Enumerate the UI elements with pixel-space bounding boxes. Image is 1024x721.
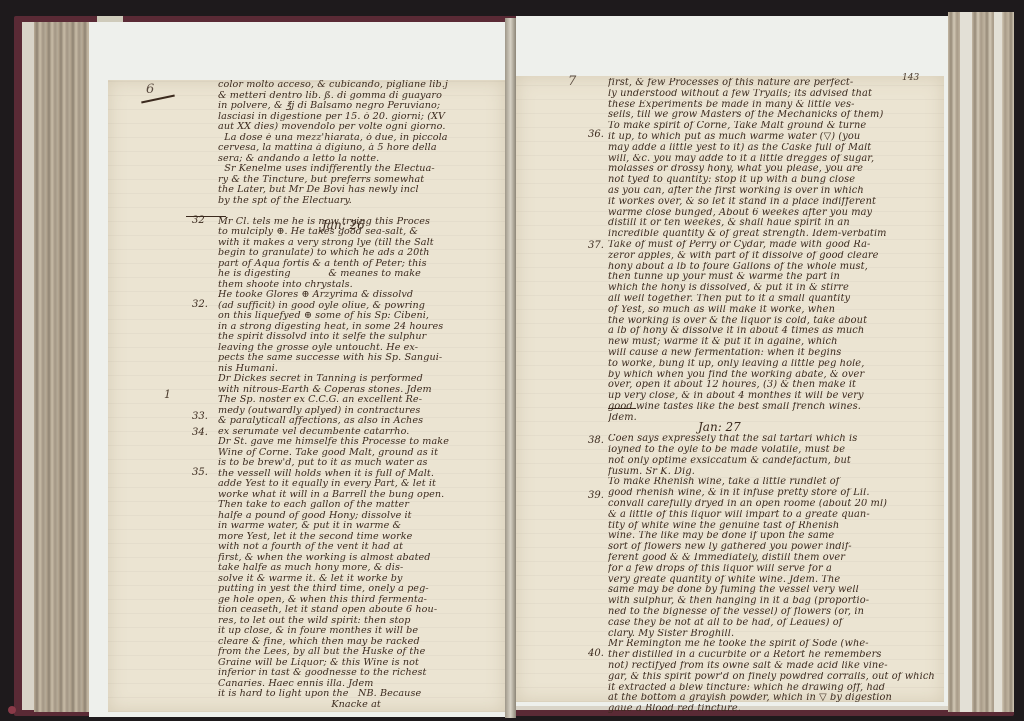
manuscript-line: ioyned to the oyle to be made volatile, … [608, 445, 935, 456]
manuscript-line: good wine tastes like the best small fre… [608, 402, 935, 413]
manuscript-line: in polvere, & ℥j di Balsamo negro Peruvi… [218, 101, 449, 112]
manuscript-line: clary. My Sister Broghill. [608, 629, 935, 640]
manuscript-line: ex serumate vel decumbente catarrho. [218, 427, 449, 438]
manuscript-line: Dr Dickes secret in Tanning is performed [218, 374, 449, 385]
manuscript-line: & a little of this liquor will impart to… [608, 510, 935, 521]
manuscript-line: take halfe as much hony more, & dis- [218, 563, 449, 574]
manuscript-line: incredible quantity & of great strength.… [608, 229, 935, 240]
manuscript-line: cervesa, la mattina à digiuno, à 5 hore … [218, 143, 449, 154]
margin-mark: 1 [164, 388, 171, 401]
manuscript-line: will cause a new fermentation: when it b… [608, 348, 935, 359]
manuscript-line: hony about a lb to foure Gallons of the … [608, 262, 935, 273]
manuscript-line: then tunne up your must & warme the part… [608, 272, 935, 283]
left-page-text: color molto acceso, & cubicando, piglian… [218, 80, 449, 710]
entry-number: 39. [588, 490, 604, 501]
manuscript-line: zeror apples, & with part of it dissolve… [608, 251, 935, 262]
manuscript-line: it up, to which put as much warme water … [608, 132, 935, 143]
manuscript-line: pects the same successe with his Sp. San… [218, 353, 449, 364]
manuscript-line: Knacke at [218, 700, 449, 711]
entry-number: 35. [192, 467, 208, 478]
entry-number: 40. [588, 648, 604, 659]
manuscript-line: gar, & this spirit powr'd on finely powd… [608, 672, 935, 683]
manuscript-line: as you can, after the first working is o… [608, 186, 935, 197]
manuscript-line: convall carefully dryed in an open roome… [608, 499, 935, 510]
manuscript-line: with not a fourth of the vent it had at [218, 542, 449, 553]
manuscript-line: solve it & warme it. & let it worke by [218, 574, 449, 585]
manuscript-line: ly understood without a few Tryalls; its… [608, 89, 935, 100]
manuscript-line: gaue a Blood red tincture. [608, 704, 935, 715]
manuscript-line: case they be not at all to be had, of Le… [608, 618, 935, 629]
book-gutter [505, 18, 516, 718]
manuscript-line: good rhenish wine, & in it infuse pretty… [608, 488, 935, 499]
manuscript-line: in a strong digesting heat, in some 24 h… [218, 322, 449, 333]
manuscript-line: & metteri dentro lib. ß. di gomma di gua… [218, 91, 449, 102]
manuscript-line: the spirit dissolvd into it selfe the su… [218, 332, 449, 343]
manuscript-line: begin to granulate) to which he ads a 20… [218, 248, 449, 259]
entry-number: 37. [588, 240, 604, 251]
manuscript-line: medy (outwardly aplyed) in contractures [218, 406, 449, 417]
manuscript-line: not tyed to quantity: stop it up with a … [608, 175, 935, 186]
manuscript-line: the vessell will holds when it is full o… [218, 469, 449, 480]
manuscript-line: to mulciply ⊕. He takes good sea-salt, & [218, 227, 449, 238]
manuscript-line: Jdem. [608, 413, 935, 424]
manuscript-line: ther distilled in a cucurbite or a Retor… [608, 650, 935, 661]
manuscript-line: To make Rhenish wine, take a little rund… [608, 477, 935, 488]
manuscript-line: fusum. Sr K. Dig. [608, 467, 935, 478]
page-edge-strip [994, 12, 1002, 712]
manuscript-line: the Later, but Mr De Bovi has newly incl [218, 185, 449, 196]
manuscript-line: ned to the bignesse of the vessel) of fl… [608, 607, 935, 618]
manuscript-line: inferior in tast & goodnesse to the rich… [218, 668, 449, 679]
manuscript-line: tity of white wine the genuine tast of R… [608, 521, 935, 532]
manuscript-line: over, open it about 12 houres, (3) & the… [608, 380, 935, 391]
manuscript-line: Then take to each gallon of the matter [218, 500, 449, 511]
manuscript-line: res, to let out the wild spirit: then st… [218, 616, 449, 627]
manuscript-line: of Yest, so much as will make it worke, … [608, 305, 935, 316]
manuscript-line: ge hole open, & when this third fermenta… [218, 595, 449, 606]
manuscript-line: color molto acceso, & cubicando, piglian… [218, 80, 449, 91]
manuscript-line: by the spt of the Electuary. [218, 196, 449, 207]
manuscript-line: for a few drops of this liquor will serv… [608, 564, 935, 575]
manuscript-line: The Sp. noster ex C.C.G. an excellent Re… [218, 395, 449, 406]
manuscript-line: La dose è una mezz'hiarata, ò due, in pi… [218, 133, 449, 144]
manuscript-line: molasses or drossy hony, what you please… [608, 164, 935, 175]
manuscript-line: distill it or ten weekes, & shall haue s… [608, 218, 935, 229]
entry-number: 36. [588, 129, 604, 140]
manuscript-line: halfe a pound of good Hony; dissolve it [218, 511, 449, 522]
manuscript-line: He tooke Glores ⊕ Arzyrima & dissolvd [218, 290, 449, 301]
manuscript-line: with nitrous-Earth & Coperas stones. Jde… [218, 385, 449, 396]
manuscript-line: Wine of Corne. Take good Malt, ground as… [218, 448, 449, 459]
manuscript-line: Canaries. Haec ennis illa. Jdem [218, 679, 449, 690]
manuscript-line: these Experiments be made in many & litt… [608, 100, 935, 111]
entry-number: 34. [192, 427, 208, 438]
manuscript-line: will, &c. you may adde to it a little dr… [608, 154, 935, 165]
entry-number: 32 [192, 215, 205, 226]
manuscript-line: it workes over, & so let it stand in a p… [608, 197, 935, 208]
manuscript-line: to worke, bung it up, only leaving a lit… [608, 359, 935, 370]
manuscript-line: Mr Cl. tels me he is now trying this Pro… [218, 217, 449, 228]
manuscript-line: part of Aqua fortis & a tenth of Peter; … [218, 259, 449, 270]
manuscript-line: the working is over & the liquor is cold… [608, 316, 935, 327]
entry-number: 33. [192, 411, 208, 422]
manuscript-line: on this liquefyed ⊕ some of his Sp: Cibe… [218, 311, 449, 322]
manuscript-line [608, 424, 935, 435]
manuscript-line: & paralyticall affections, as also in Ac… [218, 416, 449, 427]
page-edge-strip [960, 12, 972, 712]
manuscript-line: is to be brew'd, put to it as much water… [218, 458, 449, 469]
manuscript-line: (ad sufficit) in good oyle oliue, & powr… [218, 301, 449, 312]
entry-number: 32. [192, 299, 208, 310]
right-page-text: first, & few Processes of this nature ar… [608, 78, 935, 715]
manuscript-line: first, & few Processes of this nature ar… [608, 78, 935, 89]
manuscript-line: leaving the grosse oyle untoucht. He ex- [218, 343, 449, 354]
manuscript-line: first, & when the working is almost abat… [218, 553, 449, 564]
manuscript-line: putting in yest the third time, onely a … [218, 584, 449, 595]
manuscript-line: it up close, & in foure monthes it will … [218, 626, 449, 637]
manuscript-line: not only optime exsiccatum & candefactum… [608, 456, 935, 467]
manuscript-line: which the hony is dissolved, & put it in… [608, 283, 935, 294]
manuscript-line: nis Humani. [218, 364, 449, 375]
manuscript-line: it is hard to light upon the NB. Because [218, 689, 449, 700]
manuscript-line: from the Lees, by all but the Huske of t… [218, 647, 449, 658]
manuscript-line: ferent good & & Immediately, distill the… [608, 553, 935, 564]
manuscript-line: worke what it will in a Barrell the bung… [218, 490, 449, 501]
manuscript-line: lasciasi in digestione per 15. ò 20. gio… [218, 112, 449, 123]
page-edges-left [34, 22, 89, 712]
manuscript-line: new must; warme it & put it in againe, w… [608, 337, 935, 348]
manuscript-line: may adde a little yest to it) as the Cas… [608, 143, 935, 154]
manuscript-line: more Yest, let it the second time worke [218, 532, 449, 543]
manuscript-line: them shoote into chrystals. [218, 280, 449, 291]
manuscript-line: up very close, & in about 4 monthes it w… [608, 391, 935, 402]
manuscript-line: he is digesting & meanes to make [218, 269, 449, 280]
manuscript-line: Coen says expressely that the sal tartar… [608, 434, 935, 445]
manuscript-line: with sulphur, & then hanging in it a bag… [608, 596, 935, 607]
manuscript-line: warme close bunged, About 6 weekes after… [608, 208, 935, 219]
manuscript-line: wine. The like may be done if upon the s… [608, 531, 935, 542]
manuscript-line: aut XX dies) movendolo per volte ogni gi… [218, 122, 449, 133]
manuscript-line: same may be done by fuming the vessel ve… [608, 585, 935, 596]
manuscript-line: tion ceaseth, let it stand open aboute 6… [218, 605, 449, 616]
manuscript-line: with it makes a very strong lye (till th… [218, 238, 449, 249]
manuscript-line: Sr Kenelme uses indifferently the Electu… [218, 164, 449, 175]
manuscript-line: Graine will be Liquor; & this Wine is no… [218, 658, 449, 669]
manuscript-line: by which when you find the working abate… [608, 370, 935, 381]
manuscript-line: a lb of hony & dissolve it in about 4 ti… [608, 326, 935, 337]
manuscript-line: ry & the Tincture, but preferrs somewhat [218, 175, 449, 186]
manuscript-line: all well together. Then put to it a smal… [608, 294, 935, 305]
manuscript-line: sera; & andando a letto la notte. [218, 154, 449, 165]
manuscript-line: in warme water, & put it in warme & [218, 521, 449, 532]
left-page-number: 6 [146, 82, 154, 97]
manuscript-line: sort of flowers new ly gathered you powe… [608, 542, 935, 553]
manuscript-line: not) rectifyed from its owne salt & made… [608, 661, 935, 672]
manuscript-line: Mr Remington me he tooke the spirit of S… [608, 639, 935, 650]
manuscript-line: it extracted a blew tincture: which he d… [608, 683, 935, 694]
manuscript-line: at the bottom a grayish powder, which in… [608, 693, 935, 704]
page-edges-right [948, 12, 1014, 712]
manuscript-line: To make spirit of Corne, Take Malt groun… [608, 121, 935, 132]
manuscript-line: cleare & fine, which then may be racked [218, 637, 449, 648]
entry-number: 38. [588, 435, 604, 446]
manuscript-line: Take of must of Perry or Cydar, made wit… [608, 240, 935, 251]
manuscript-line [218, 206, 449, 217]
manuscript-line: sells, till we grow Masters of the Mecha… [608, 110, 935, 121]
manuscript-line: very greate quantity of white wine. Jdem… [608, 575, 935, 586]
manuscript-line: Dr St. gave me himselfe this Processe to… [218, 437, 449, 448]
right-page-number: 7 [568, 74, 576, 89]
binding-corner [8, 706, 16, 714]
manuscript-line: adde Yest to it equally in every Part, &… [218, 479, 449, 490]
